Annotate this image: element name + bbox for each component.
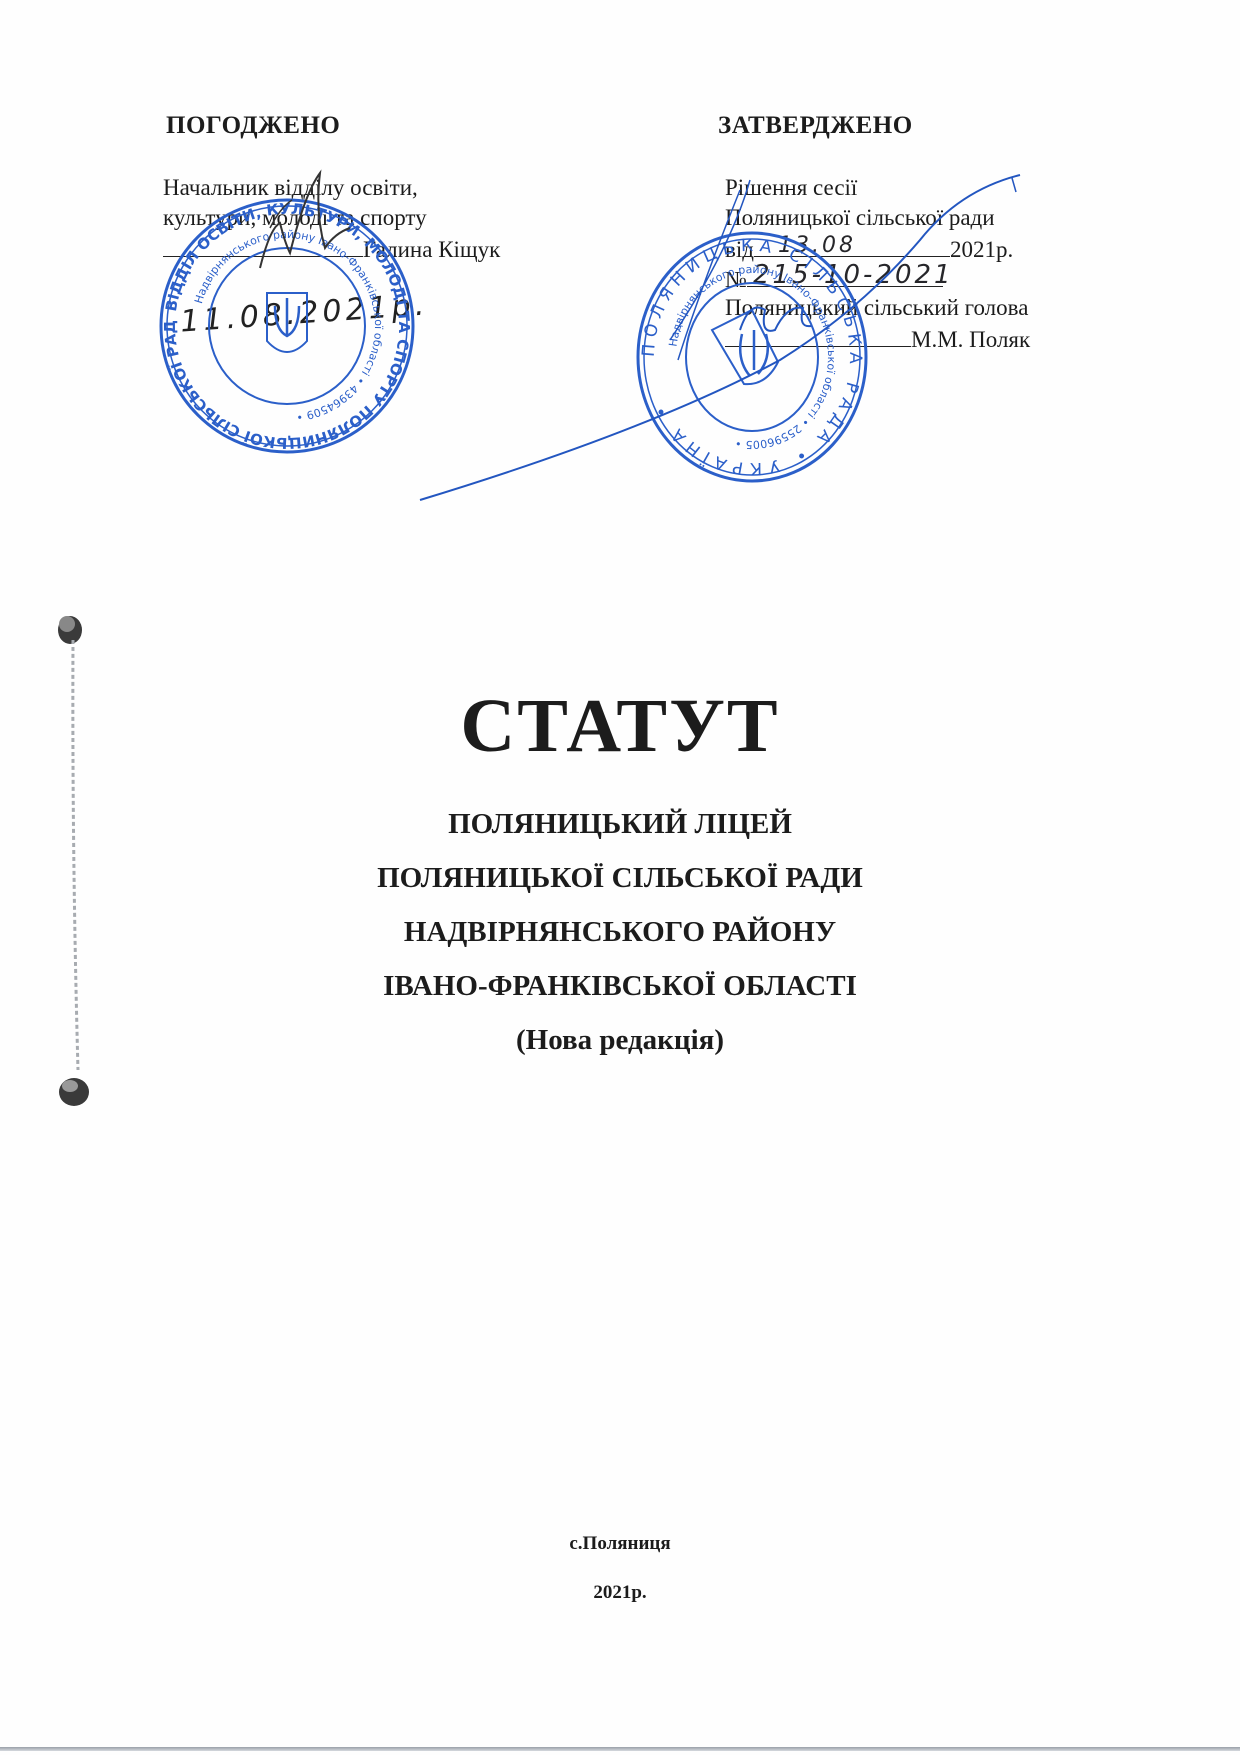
approved-number-handwritten: 215-10-2021 [753, 262, 954, 289]
institution-name-line-2: ПОЛЯНИЦЬКОЇ СІЛЬСЬКОЇ РАДИ [0, 862, 1240, 895]
approved-decision-line-2: Поляницької сільської ради [725, 204, 995, 231]
agreed-handwritten-date: 11.08.2021р. [179, 291, 429, 335]
approved-date-handwritten: 13.08 [778, 232, 856, 259]
approved-head-title: Поляницький сільський голова [725, 294, 1028, 321]
agreed-heading: ПОГОДЖЕНО [166, 112, 340, 140]
document-title: СТАТУТ [0, 683, 1240, 770]
agreed-signature-line: Галина Кіщук [163, 234, 500, 263]
approved-decision-line-1: Рішення сесії [725, 174, 857, 201]
agreed-signer-name: Галина Кіщук [363, 237, 500, 262]
agreed-position-line-1: Начальник відділу освіти, [163, 174, 418, 201]
approved-date-prefix: від [725, 237, 754, 262]
document-page: ПОГОДЖЕНО Начальник відділу освіти, куль… [0, 0, 1240, 1755]
approved-number-line: №215-10-2021 [725, 264, 943, 293]
approved-heading: ЗАТВЕРДЖЕНО [718, 112, 913, 140]
page-bottom-edge [0, 1747, 1240, 1751]
approved-date-suffix: 2021р. [950, 237, 1013, 262]
institution-name-line-4: ІВАНО-ФРАНКІВСЬКОЇ ОБЛАСТІ [0, 970, 1240, 1003]
place-name: с.Поляниця [0, 1533, 1240, 1555]
approved-number-prefix: № [725, 267, 747, 292]
document-year: 2021р. [0, 1582, 1240, 1604]
approved-signature-line: М.М. Поляк [725, 324, 1030, 353]
institution-name-line-3: НАДВІРНЯНСЬКОГО РАЙОНУ [0, 916, 1240, 949]
edition-note: (Нова редакція) [0, 1024, 1240, 1057]
institution-name-line-1: ПОЛЯНИЦЬКИЙ ЛІЦЕЙ [0, 808, 1240, 841]
agreed-position-line-2: культури, молоді та спорту [163, 204, 427, 231]
approved-signer-name: М.М. Поляк [911, 327, 1030, 352]
approved-date-line: від13.082021р. [725, 234, 1013, 263]
